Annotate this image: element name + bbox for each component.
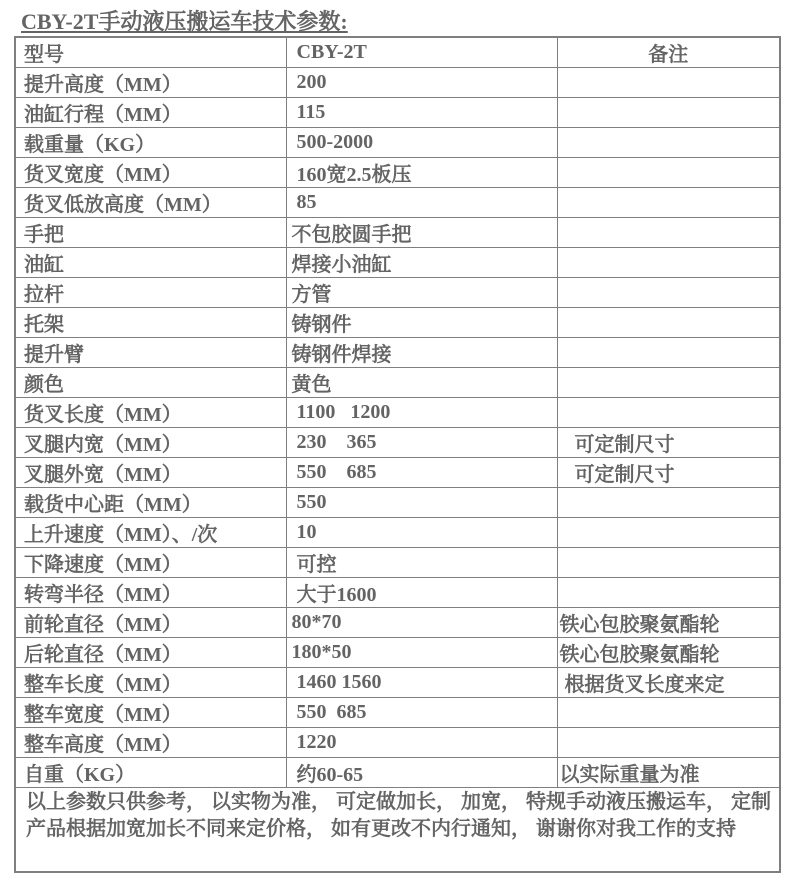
table-row: 上升速度（MM）、/次 10 bbox=[15, 518, 780, 548]
table-row: 整车长度（MM） 1460 1560 根据货叉长度来定 bbox=[15, 668, 780, 698]
header-row: 型号 CBY-2T 备注 bbox=[15, 37, 780, 68]
spec-label-cell: 叉腿内宽（MM） bbox=[15, 428, 286, 458]
spec-remark-cell: 铁心包胶聚氨酯轮 bbox=[557, 608, 780, 638]
page-title: CBY-2T手动液压搬运车技术参数: bbox=[21, 5, 348, 36]
column-header-remark: 备注 bbox=[557, 37, 780, 68]
spec-label-cell: 后轮直径（MM） bbox=[15, 638, 286, 668]
spec-remark-cell bbox=[557, 248, 780, 278]
spec-value-cell: 550 bbox=[286, 488, 557, 518]
spec-remark-cell: 以实际重量为准 bbox=[557, 758, 780, 788]
spec-label-cell: 油缸 bbox=[15, 248, 286, 278]
spec-value-cell: 不包胶圆手把 bbox=[286, 218, 557, 248]
spec-remark-cell: 可定制尺寸 bbox=[557, 458, 780, 488]
spec-value-cell: 可控 bbox=[286, 548, 557, 578]
spec-value-cell: 大于1600 bbox=[286, 578, 557, 608]
spec-value-cell: 500-2000 bbox=[286, 128, 557, 158]
table-row: 货叉长度（MM） 1100 1200 bbox=[15, 398, 780, 428]
spec-label-cell: 下降速度（MM） bbox=[15, 548, 286, 578]
table-row: 油缸 焊接小油缸 bbox=[15, 248, 780, 278]
spec-value-cell: 180*50 bbox=[286, 638, 557, 668]
spec-label-cell: 整车长度（MM） bbox=[15, 668, 286, 698]
spec-remark-cell bbox=[557, 398, 780, 428]
spec-remark-cell bbox=[557, 158, 780, 188]
spec-label-cell: 提升臂 bbox=[15, 338, 286, 368]
table-row: 提升高度（MM） 200 bbox=[15, 68, 780, 98]
spec-value-cell: 550 685 bbox=[286, 458, 557, 488]
spec-label-cell: 载重量（KG） bbox=[15, 128, 286, 158]
spec-remark-cell bbox=[557, 308, 780, 338]
spec-remark-cell bbox=[557, 338, 780, 368]
spec-remark-cell bbox=[557, 278, 780, 308]
spec-label-cell: 载货中心距（MM） bbox=[15, 488, 286, 518]
spec-remark-cell bbox=[557, 128, 780, 158]
spec-label-cell: 货叉低放高度（MM） bbox=[15, 188, 286, 218]
spec-remark-cell bbox=[557, 728, 780, 758]
spec-value-cell: 焊接小油缸 bbox=[286, 248, 557, 278]
spec-remark-cell bbox=[557, 518, 780, 548]
table-row: 下降速度（MM） 可控 bbox=[15, 548, 780, 578]
table-row: 前轮直径（MM） 80*70 铁心包胶聚氨酯轮 bbox=[15, 608, 780, 638]
spec-remark-cell bbox=[557, 218, 780, 248]
spec-label-cell: 自重（KG） bbox=[15, 758, 286, 788]
footer-note-row: 以上参数只供参考， 以实物为准， 可定做加长， 加宽， 特规手动液压搬运车， 定… bbox=[15, 788, 780, 873]
spec-value-cell: 115 bbox=[286, 98, 557, 128]
spec-value-cell: 约60-65 bbox=[286, 758, 557, 788]
spec-label-cell: 货叉宽度（MM） bbox=[15, 158, 286, 188]
spec-label-cell: 手把 bbox=[15, 218, 286, 248]
spec-value-cell: 85 bbox=[286, 188, 557, 218]
footer-section: 以上参数只供参考， 以实物为准， 可定做加长， 加宽， 特规手动液压搬运车， 定… bbox=[15, 788, 780, 873]
table-row: 托架 铸钢件 bbox=[15, 308, 780, 338]
table-row: 自重（KG） 约60-65 以实际重量为准 bbox=[15, 758, 780, 788]
spec-value-cell: 黄色 bbox=[286, 368, 557, 398]
table-row: 货叉宽度（MM） 160宽2.5板压 bbox=[15, 158, 780, 188]
spec-remark-cell bbox=[557, 368, 780, 398]
spec-label-cell: 上升速度（MM）、/次 bbox=[15, 518, 286, 548]
spec-value-cell: 200 bbox=[286, 68, 557, 98]
table-row: 叉腿内宽（MM） 230 365 可定制尺寸 bbox=[15, 428, 780, 458]
spec-remark-cell bbox=[557, 68, 780, 98]
spec-label-cell: 托架 bbox=[15, 308, 286, 338]
spec-value-cell: 铸钢件焊接 bbox=[286, 338, 557, 368]
column-header-model: 型号 bbox=[15, 37, 286, 68]
spec-label-cell: 油缸行程（MM） bbox=[15, 98, 286, 128]
table-row: 后轮直径（MM） 180*50 铁心包胶聚氨酯轮 bbox=[15, 638, 780, 668]
spec-remark-cell bbox=[557, 548, 780, 578]
table-row: 叉腿外宽（MM） 550 685 可定制尺寸 bbox=[15, 458, 780, 488]
spec-remark-cell bbox=[557, 488, 780, 518]
spec-label-cell: 转弯半径（MM） bbox=[15, 578, 286, 608]
table-row: 颜色 黄色 bbox=[15, 368, 780, 398]
spec-remark-cell bbox=[557, 188, 780, 218]
spec-label-cell: 前轮直径（MM） bbox=[15, 608, 286, 638]
spec-value-cell: 80*70 bbox=[286, 608, 557, 638]
spec-remark-cell: 根据货叉长度来定 bbox=[557, 668, 780, 698]
column-header-value: CBY-2T bbox=[286, 37, 557, 68]
table-row: 载重量（KG） 500-2000 bbox=[15, 128, 780, 158]
spec-value-cell: 550 685 bbox=[286, 698, 557, 728]
spec-remark-cell bbox=[557, 578, 780, 608]
table-row: 油缸行程（MM） 115 bbox=[15, 98, 780, 128]
table-row: 货叉低放高度（MM） 85 bbox=[15, 188, 780, 218]
spec-label-cell: 整车高度（MM） bbox=[15, 728, 286, 758]
table-row: 手把 不包胶圆手把 bbox=[15, 218, 780, 248]
table-row: 整车高度（MM） 1220 bbox=[15, 728, 780, 758]
footer-note: 以上参数只供参考， 以实物为准， 可定做加长， 加宽， 特规手动液压搬运车， 定… bbox=[15, 788, 780, 873]
table-row: 提升臂 铸钢件焊接 bbox=[15, 338, 780, 368]
spec-value-cell: 10 bbox=[286, 518, 557, 548]
spec-value-cell: 方管 bbox=[286, 278, 557, 308]
spec-remark-cell: 铁心包胶聚氨酯轮 bbox=[557, 638, 780, 668]
table-row: 拉杆 方管 bbox=[15, 278, 780, 308]
spec-label-cell: 拉杆 bbox=[15, 278, 286, 308]
spec-remark-cell: 可定制尺寸 bbox=[557, 428, 780, 458]
spec-label-cell: 叉腿外宽（MM） bbox=[15, 458, 286, 488]
table-row: 整车宽度（MM） 550 685 bbox=[15, 698, 780, 728]
table-row: 转弯半径（MM） 大于1600 bbox=[15, 578, 780, 608]
spec-table: 型号 CBY-2T 备注 提升高度（MM） 200 油缸行程（MM） 115 载… bbox=[14, 36, 781, 873]
spec-remark-cell bbox=[557, 98, 780, 128]
spec-rows: 提升高度（MM） 200 油缸行程（MM） 115 载重量（KG） 500-20… bbox=[15, 68, 780, 788]
spec-value-cell: 1460 1560 bbox=[286, 668, 557, 698]
spec-label-cell: 整车宽度（MM） bbox=[15, 698, 286, 728]
spec-value-cell: 1220 bbox=[286, 728, 557, 758]
spec-value-cell: 1100 1200 bbox=[286, 398, 557, 428]
spec-label-cell: 提升高度（MM） bbox=[15, 68, 286, 98]
table-row: 载货中心距（MM） 550 bbox=[15, 488, 780, 518]
spec-value-cell: 230 365 bbox=[286, 428, 557, 458]
spec-label-cell: 货叉长度（MM） bbox=[15, 398, 286, 428]
spec-label-cell: 颜色 bbox=[15, 368, 286, 398]
spec-value-cell: 160宽2.5板压 bbox=[286, 158, 557, 188]
spec-value-cell: 铸钢件 bbox=[286, 308, 557, 338]
spec-remark-cell bbox=[557, 698, 780, 728]
